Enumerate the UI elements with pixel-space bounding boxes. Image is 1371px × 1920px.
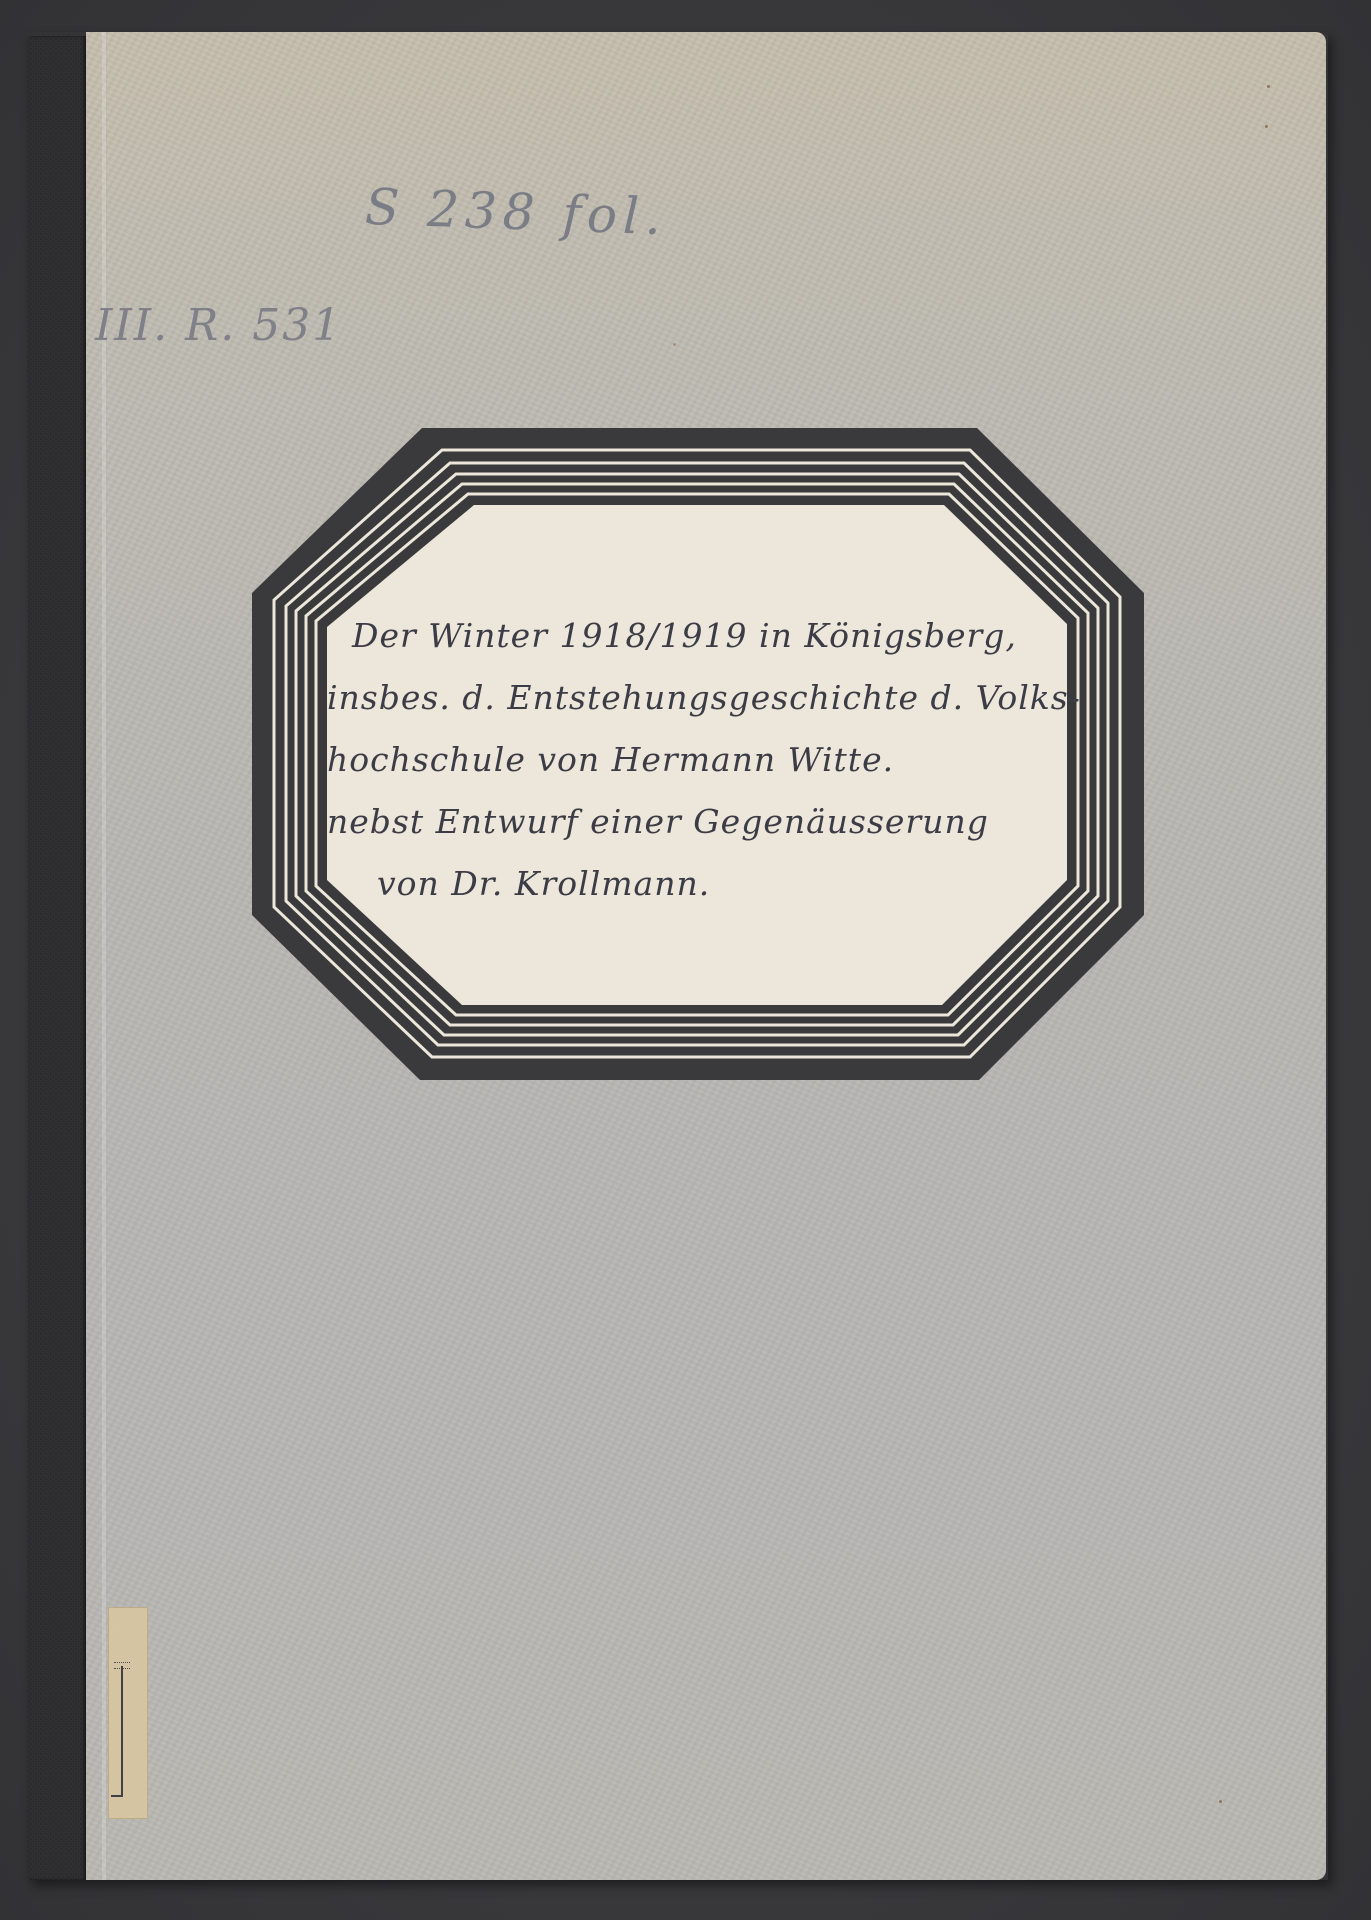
shelfmark-top: S 238 fol. xyxy=(364,178,668,247)
label-line-2: insbes. d. Entstehungsgeschichte d. Volk… xyxy=(327,667,1087,729)
label-handwriting: Der Winter 1918/1919 in Königsberg, insb… xyxy=(327,605,1087,915)
cloth-spine xyxy=(28,36,87,1880)
label-line-4: nebst Entwurf einer Gegenäusserung xyxy=(327,791,1087,853)
label-line-5: von Dr. Krollmann. xyxy=(327,853,1087,915)
title-label: Der Winter 1918/1919 in Königsberg, insb… xyxy=(252,425,1144,1080)
tag-bracket-foot xyxy=(111,1795,123,1797)
label-line-3: hochschule von Hermann Witte. xyxy=(327,729,1087,791)
shelfmark-left: III. R. 531 xyxy=(95,300,342,351)
spine-tag xyxy=(108,1607,148,1819)
tag-bracket-icon xyxy=(121,1666,123,1796)
label-line-1: Der Winter 1918/1919 in Königsberg, xyxy=(327,605,1087,667)
